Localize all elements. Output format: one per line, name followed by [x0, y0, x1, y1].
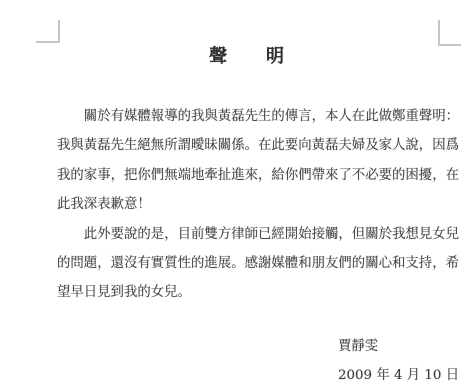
- signature-name: 賈靜雯: [338, 333, 459, 362]
- document-title: 聲 明: [57, 42, 437, 68]
- signature-block: 賈靜雯 2009 年 4 月 10 日: [338, 333, 459, 389]
- text-boundary-mark-top-left: [36, 20, 60, 43]
- document-page: 聲 明 關於有媒體報導的我與黃磊先生的傳言，本人在此做鄭重聲明：我與黃磊先生絕無…: [0, 0, 471, 389]
- statement-paragraph-2: 此外要說的是，目前雙方律師已經開始接觸，但關於我想見女兒的問題，還沒有實質性的進…: [57, 220, 459, 308]
- statement-paragraph-1: 關於有媒體報導的我與黃磊先生的傳言，本人在此做鄭重聲明：我與黃磊先生絕無所謂曖昧…: [57, 102, 459, 220]
- text-boundary-mark-top-right: [438, 20, 461, 46]
- statement-body: 關於有媒體報導的我與黃磊先生的傳言，本人在此做鄭重聲明：我與黃磊先生絕無所謂曖昧…: [57, 102, 459, 308]
- signature-date: 2009 年 4 月 10 日: [338, 362, 459, 389]
